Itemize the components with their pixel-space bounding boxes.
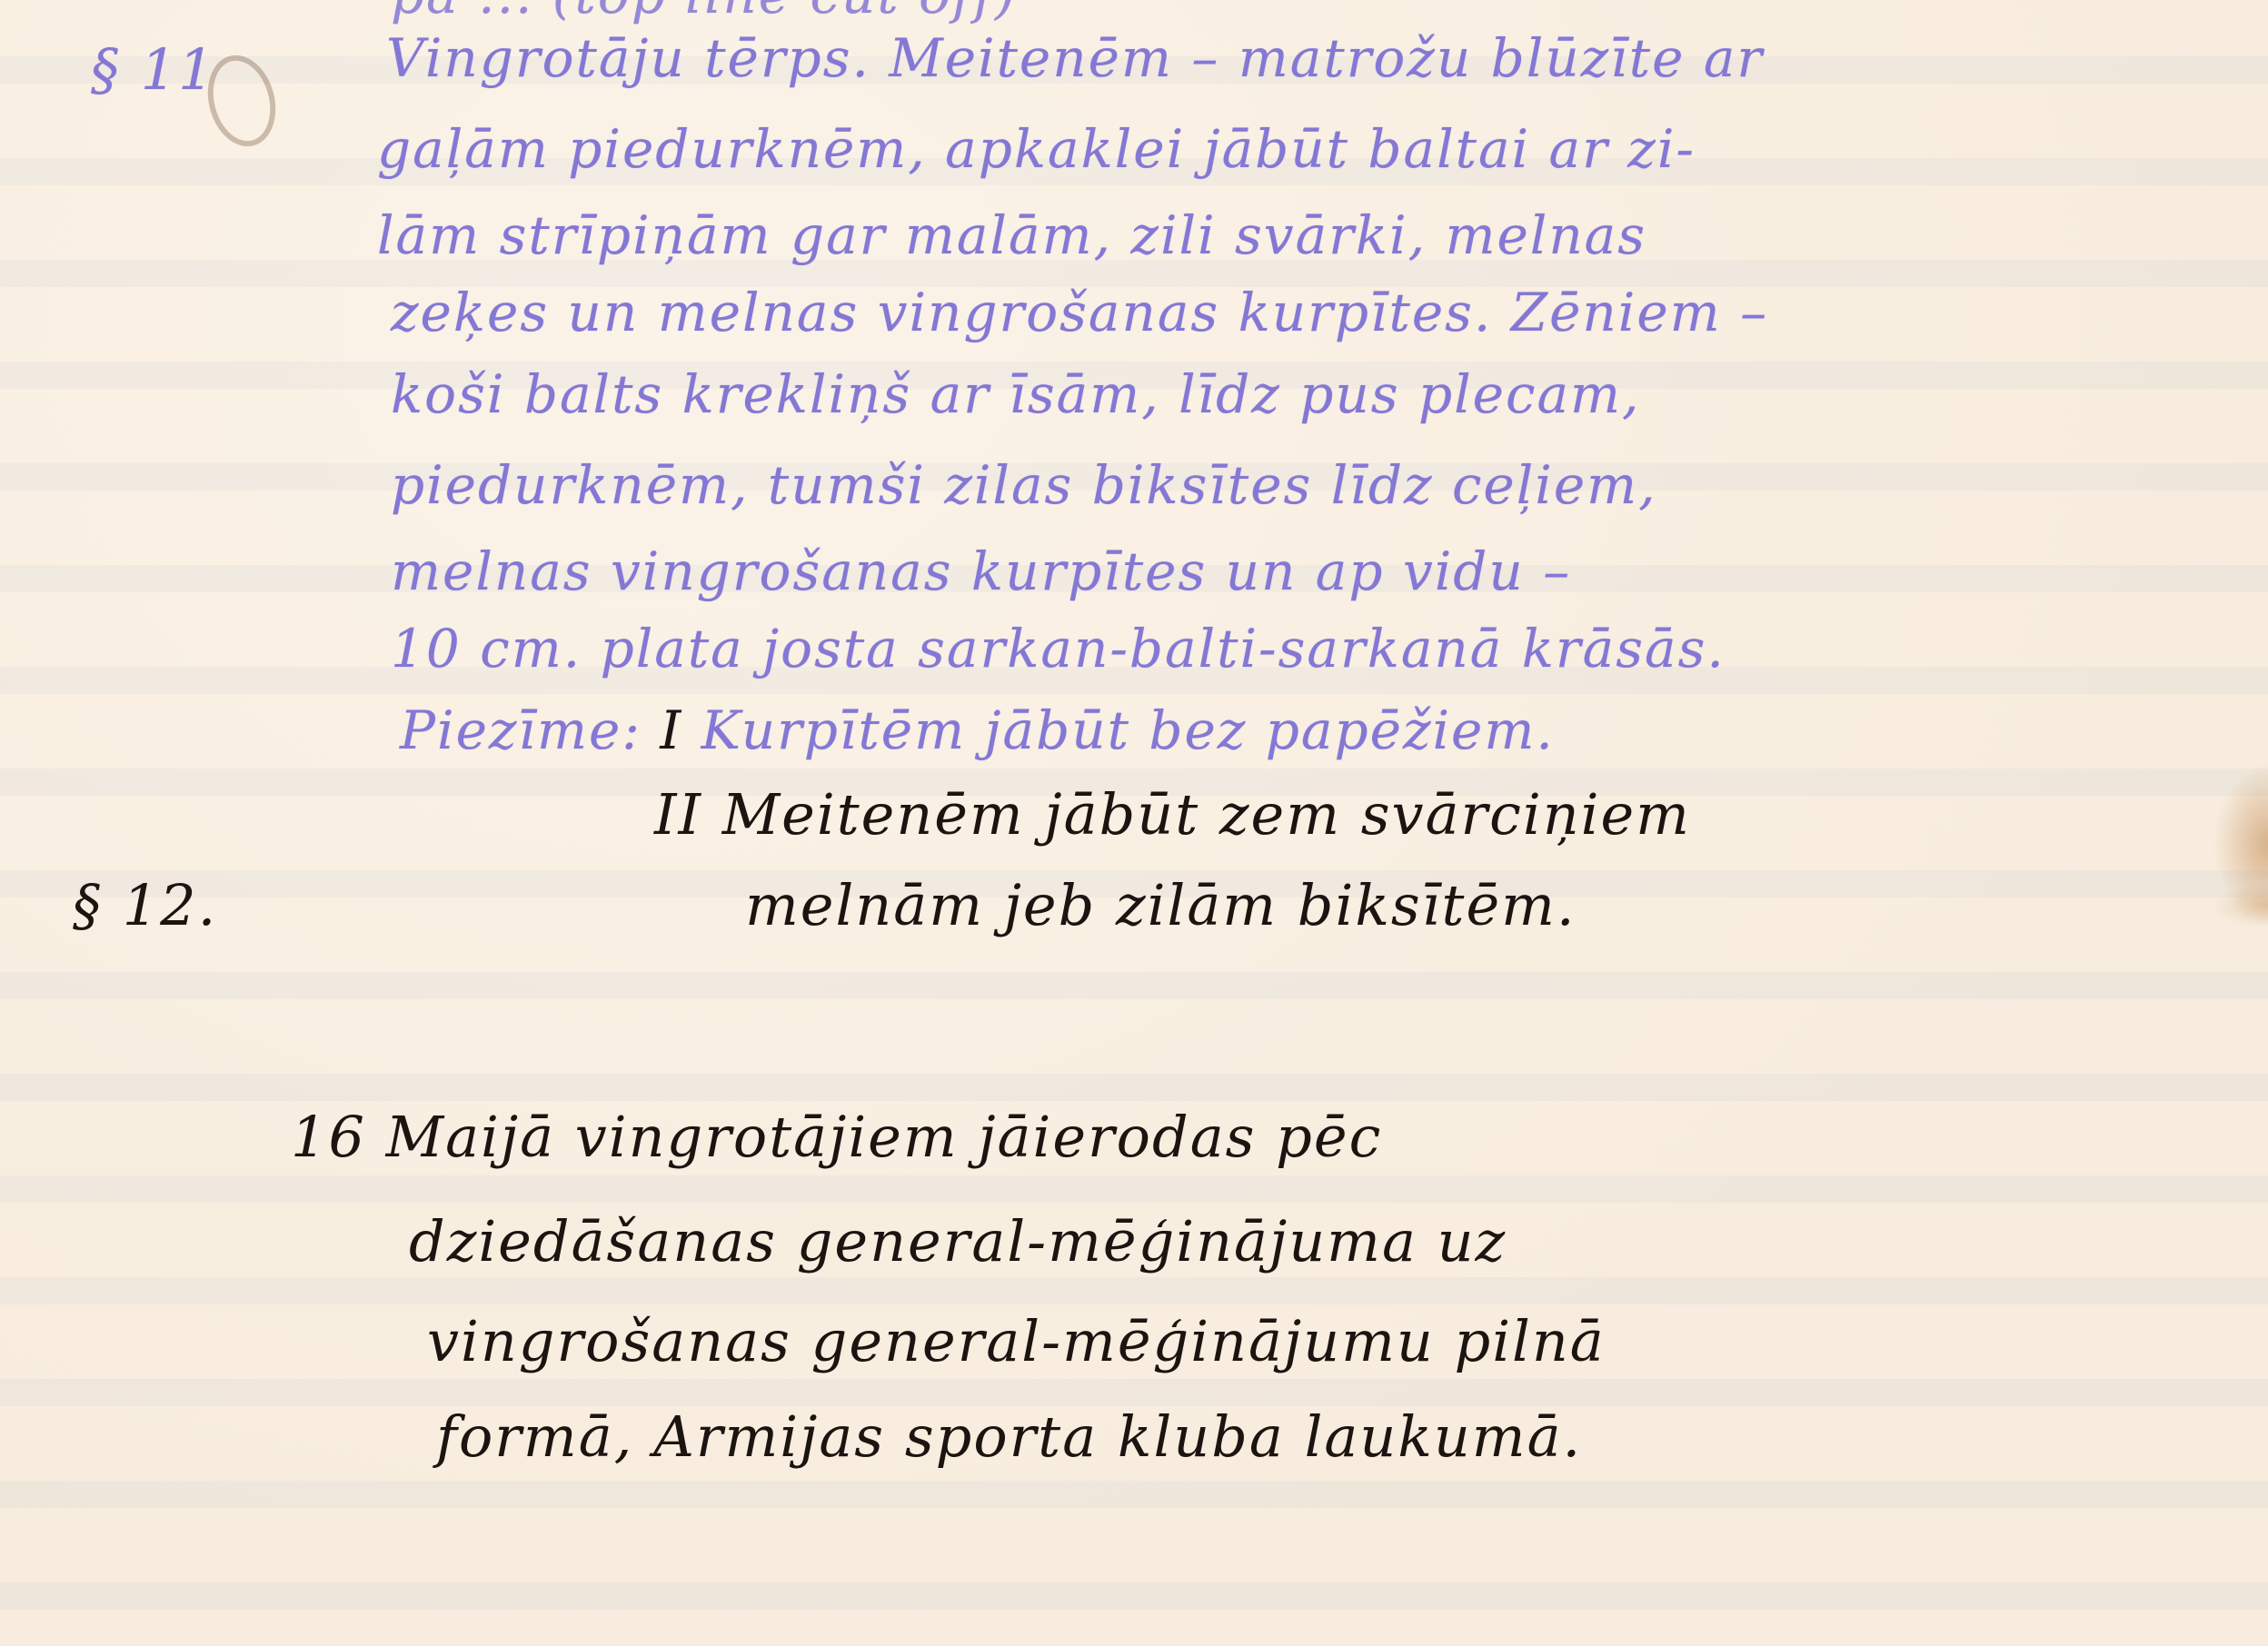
note-row-1: Piezīme: I Kurpītēm jābūt bez papēžiem. (400, 699, 1555, 761)
section-12-marker: § 12. (73, 872, 217, 938)
section-11-marker: § 11 (91, 36, 216, 103)
closing-line-1: 16 Maijā vingrotājiem jāierodas pēc (291, 1104, 1382, 1170)
section-11-line-5: koši balts krekliņš ar īsām, līdz pus pl… (391, 363, 1641, 425)
section-11-line-7: melnas vingrošanas kurpītes un ap vidu – (391, 540, 1571, 602)
section-11-line-8: 10 cm. plata josta sarkan-balti-sarkanā … (391, 618, 1726, 679)
note-2-line-2: melnām jeb zilām biksītēm. (745, 872, 1577, 938)
note-1-text: Kurpītēm jābūt bez papēžiem. (701, 699, 1555, 761)
scanned-document-page: § 11 pa ... (top line cut off) Vingrotāj… (0, 0, 2268, 1646)
section-11-line-2: gaļām piedurknēm, apkaklei jābūt baltai … (377, 118, 1696, 180)
section-11-line-4: zeķes un melnas vingrošanas kurpītes. Zē… (391, 282, 1768, 343)
closing-line-3: vingrošanas general-mēģinājumu pilnā (427, 1308, 1606, 1374)
note-row-2: II Meitenēm jābūt zem svārciņiem (654, 781, 1691, 848)
section-11-line-1: Vingrotāju tērps. Meitenēm – matrožu blū… (386, 27, 1764, 89)
note-2-marker: II (654, 781, 702, 848)
edge-stain (2213, 763, 2268, 927)
section-11-line-6: piedurknēm, tumši zilas biksītes līdz ce… (391, 454, 1657, 516)
note-label: Piezīme: (400, 699, 642, 761)
note-2-line-1: Meitenēm jābūt zem svārciņiem (722, 781, 1691, 848)
section-11-line-3: lām strīpiņām gar malām, zili svārki, me… (377, 204, 1646, 266)
closing-line-4: formā, Armijas sporta kluba laukumā. (436, 1403, 1582, 1470)
note-1-marker: I (660, 699, 682, 761)
closing-line-2: dziedāšanas general-mēģinājuma uz (409, 1208, 1507, 1274)
section-11-line-0: pa ... (top line cut off) (391, 0, 1018, 25)
